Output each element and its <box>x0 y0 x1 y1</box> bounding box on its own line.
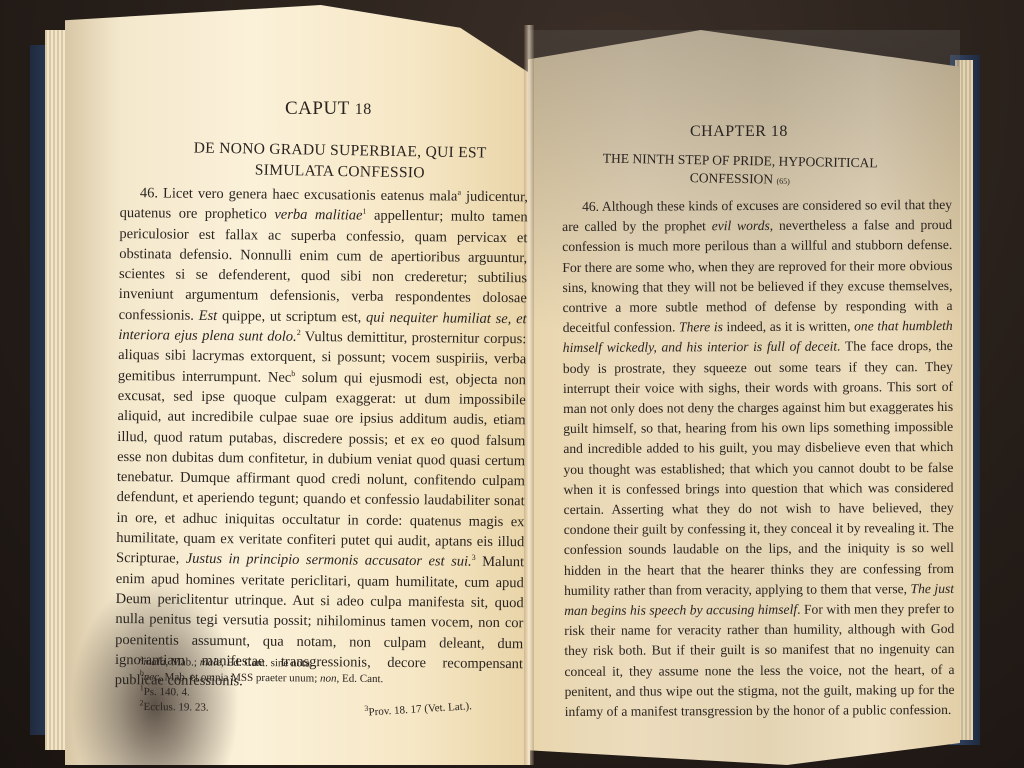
footnote-text: mala <box>143 656 165 668</box>
text-run: The face drops, the body is prostrate, t… <box>563 338 954 597</box>
footnote: bnec, Mab. et omnia MSS praeter unum; no… <box>140 670 510 688</box>
english-chapter-subtitle: THE NINTH STEP OF PRIDE, HYPOCRITICAL CO… <box>585 149 896 192</box>
latin-paragraph-46: 46. Licet vero genera haec excusationis … <box>115 183 528 695</box>
text-run: verba malitiae <box>274 207 362 224</box>
text-run: quippe, ut scriptum est, <box>217 308 366 326</box>
heading-number: 18 <box>355 101 372 118</box>
english-paragraph-46: 46. Although these kinds of excuses are … <box>562 195 955 722</box>
footnote-text: nec <box>144 671 159 683</box>
text-run: Est <box>199 308 218 324</box>
text-run: There is <box>679 319 723 334</box>
english-body-text: 46. Although these kinds of excuses are … <box>562 195 955 722</box>
footnote-text: Ps. 140. 4. <box>144 686 190 698</box>
latin-chapter-heading: CAPUT 18 <box>285 98 372 120</box>
footnote-text: , Ed. Cant. sine nota. <box>221 657 313 670</box>
latin-footnotes: amala, Mab.; male, Ed. Cant. sine nota.b… <box>139 655 510 718</box>
heading-word: CAPUT <box>285 98 349 119</box>
footnote-text: male <box>200 657 221 669</box>
text-run: evil words <box>712 218 770 233</box>
footnote-text: Ecclus. 19. 23. <box>143 701 208 714</box>
footnote-text: , Ed. Cant. <box>337 673 384 685</box>
latin-body-text: 46. Licet vero genera haec excusationis … <box>115 183 528 695</box>
latin-chapter-subtitle: DE NONO GRADU SUPERBIAE, QUI EST SIMULAT… <box>170 137 511 185</box>
footnote-text: , Mab.; <box>165 656 199 668</box>
footnote-text: non <box>320 673 337 685</box>
footnote-text: , Mab. et omnia MSS praeter unum; <box>159 671 320 684</box>
text-run: indeed, as it is written, <box>723 319 854 335</box>
text-run: solum qui ejusmodi est, objecta non excu… <box>116 370 526 568</box>
text-run: Justus in principio sermonis accusator e… <box>186 551 472 570</box>
subtitle-ref: (65) <box>776 177 789 186</box>
subtitle-text: CONFESSION <box>690 170 774 186</box>
english-chapter-heading: CHAPTER 18 <box>690 123 788 141</box>
text-run: 46. Licet vero genera haec excusationis … <box>140 185 458 204</box>
text-run: . For with men they prefer to risk their… <box>564 601 954 719</box>
text-run: appellentur; multo tamen periculosior es… <box>119 208 528 324</box>
